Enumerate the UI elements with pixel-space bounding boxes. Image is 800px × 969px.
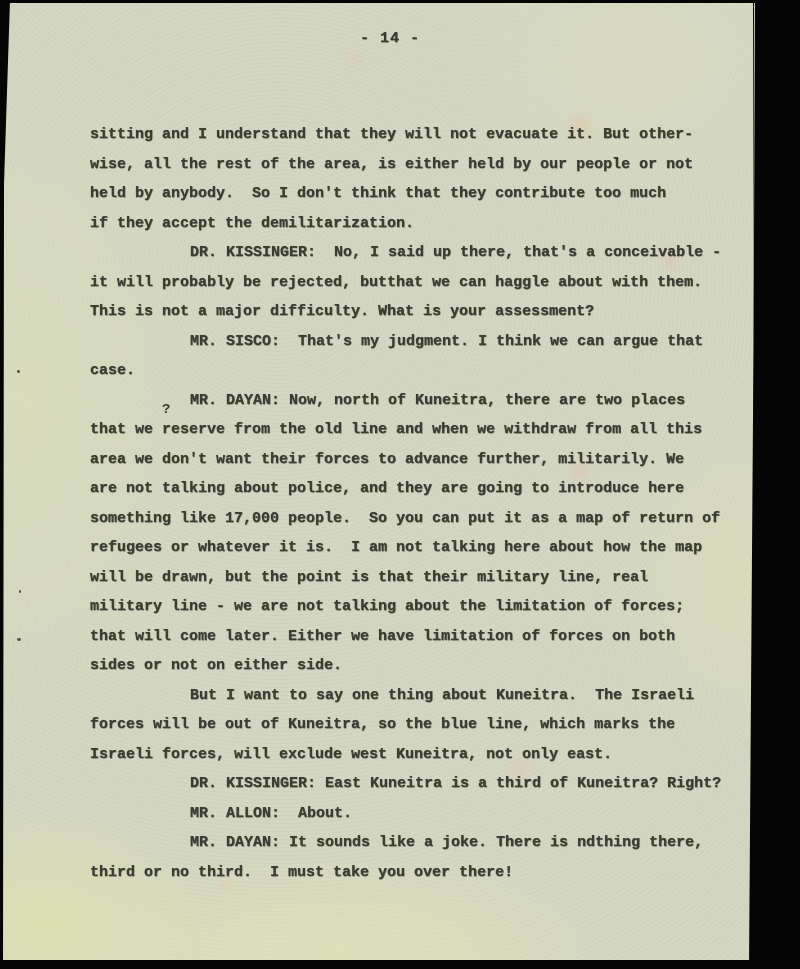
text-line: it will probably be rejected, butthat we…: [90, 268, 740, 298]
text-line: that will come later. Either we have lim…: [90, 622, 740, 652]
text-line: sitting and I understand that they will …: [90, 120, 740, 150]
scan-border-bottom: [0, 960, 800, 969]
page-number: - 14 -: [90, 30, 690, 47]
text-line: military line - we are not talking about…: [90, 592, 740, 622]
text-line: This is not a major difficulty. What is …: [90, 297, 740, 327]
text-line: that we reserve from the old line and wh…: [90, 415, 740, 445]
scan-border-top: [0, 0, 800, 3]
text-line: MR. DAYAN: Now, north of Kuneitra, there…: [90, 386, 740, 416]
text-line: Israeli forces, will exclude west Kuneit…: [90, 740, 740, 770]
text-line: third or no third. I must take you over …: [90, 858, 740, 888]
text-line: case.: [90, 356, 740, 386]
text-line: if they accept the demilitarization.: [90, 209, 740, 239]
text-line: held by anybody. So I don't think that t…: [90, 179, 740, 209]
scan-border-right: [748, 0, 800, 969]
margin-speck: [17, 370, 20, 373]
text-line: sides or not on either side.: [90, 651, 740, 681]
text-line: are not talking about police, and they a…: [90, 474, 740, 504]
text-line: But I want to say one thing about Kuneit…: [90, 681, 740, 711]
transcript-text: sitting and I understand that they will …: [90, 120, 740, 887]
text-line: DR. KISSINGER: East Kuneitra is a third …: [90, 769, 740, 799]
text-line: area we don't want their forces to advan…: [90, 445, 740, 475]
text-line: refugees or whatever it is. I am not tal…: [90, 533, 740, 563]
text-line: something like 17,000 people. So you can…: [90, 504, 740, 534]
text-line: will be drawn, but the point is that the…: [90, 563, 740, 593]
text-line: wise, all the rest of the area, is eithe…: [90, 150, 740, 180]
margin-question-mark: ?: [162, 402, 170, 418]
text-line: MR. SISCO: That's my judgment. I think w…: [90, 327, 740, 357]
text-line: MR. ALLON: About.: [90, 799, 740, 829]
margin-speck: [19, 590, 21, 593]
paper-sheet: - 14 - sitting and I understand that the…: [0, 0, 753, 962]
scanned-document-page: - 14 - sitting and I understand that the…: [0, 0, 800, 969]
text-line: DR. KISSINGER: No, I said up there, that…: [90, 238, 740, 268]
margin-speck: [17, 638, 21, 641]
text-line: forces will be out of Kuneitra, so the b…: [90, 710, 740, 740]
text-line: MR. DAYAN: It sounds like a joke. There …: [90, 828, 740, 858]
